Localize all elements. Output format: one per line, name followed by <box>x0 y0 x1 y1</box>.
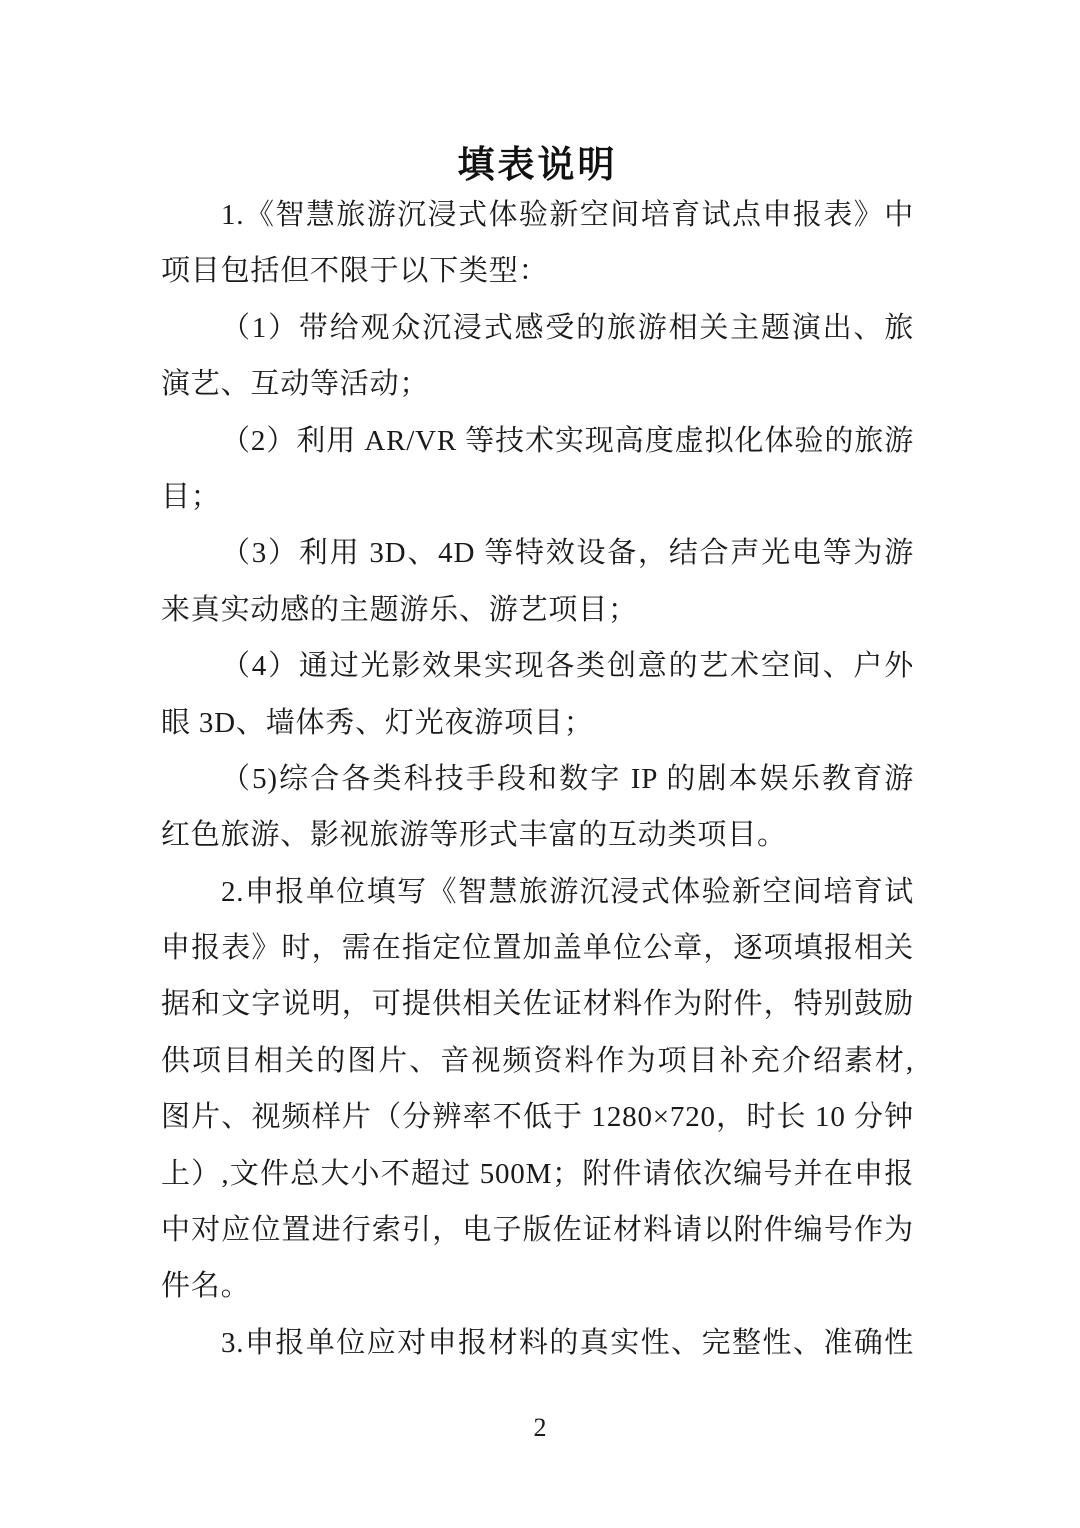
document-page: 填表说明 1.《智慧旅游沉浸式体验新空间培育试点申报表》中的项目包括但不限于以下… <box>0 0 1080 1528</box>
page-number: 2 <box>0 1412 1080 1444</box>
text-line: 图片、视频样片（分辨率不低于 1280×720，时长 10 分钟以 <box>161 1089 914 1145</box>
text-line: （1）带给观众沉浸式感受的旅游相关主题演出、旅游 <box>161 300 914 356</box>
text-line: （3）利用 3D、4D 等特效设备，结合声光电等为游客带 <box>161 525 914 581</box>
text-line: 目； <box>161 469 914 525</box>
text-line: （2）利用 AR/VR 等技术实现高度虚拟化体验的旅游项 <box>161 413 914 469</box>
text-line: 来真实动感的主题游乐、游艺项目； <box>161 582 914 638</box>
text-line: 据和文字说明，可提供相关佐证材料作为附件，特别鼓励提 <box>161 976 914 1032</box>
text-line: 演艺、互动等活动； <box>161 356 914 412</box>
text-line: （5)综合各类科技手段和数字 IP 的剧本娱乐教育游学、 <box>161 751 914 807</box>
text-line: 上）,文件总大小不超过 500M；附件请依次编号并在申报表 <box>161 1146 914 1202</box>
text-line: 3.申报单位应对申报材料的真实性、完整性、准确性负 <box>161 1315 914 1371</box>
text-line: 眼 3D、墙体秀、灯光夜游项目； <box>161 695 914 751</box>
text-line: 件名。 <box>161 1258 914 1314</box>
text-line: 项目包括但不限于以下类型： <box>161 243 914 299</box>
text-line: 1.《智慧旅游沉浸式体验新空间培育试点申报表》中的 <box>161 187 914 243</box>
text-line: 申报表》时，需在指定位置加盖单位公章，逐项填报相关数 <box>161 920 914 976</box>
page-title: 填表说明 <box>161 134 914 188</box>
document-body: 1.《智慧旅游沉浸式体验新空间培育试点申报表》中的项目包括但不限于以下类型：（1… <box>161 187 914 1371</box>
text-line: 中对应位置进行索引，电子版佐证材料请以附件编号作为文 <box>161 1202 914 1258</box>
text-line: 2.申报单位填写《智慧旅游沉浸式体验新空间培育试点 <box>161 864 914 920</box>
text-line: 红色旅游、影视旅游等形式丰富的互动类项目。 <box>161 807 914 863</box>
text-line: 供项目相关的图片、音视频资料作为项目补充介绍素材,项目 <box>161 1033 914 1089</box>
text-line: （4）通过光影效果实现各类创意的艺术空间、户外裸 <box>161 638 914 694</box>
